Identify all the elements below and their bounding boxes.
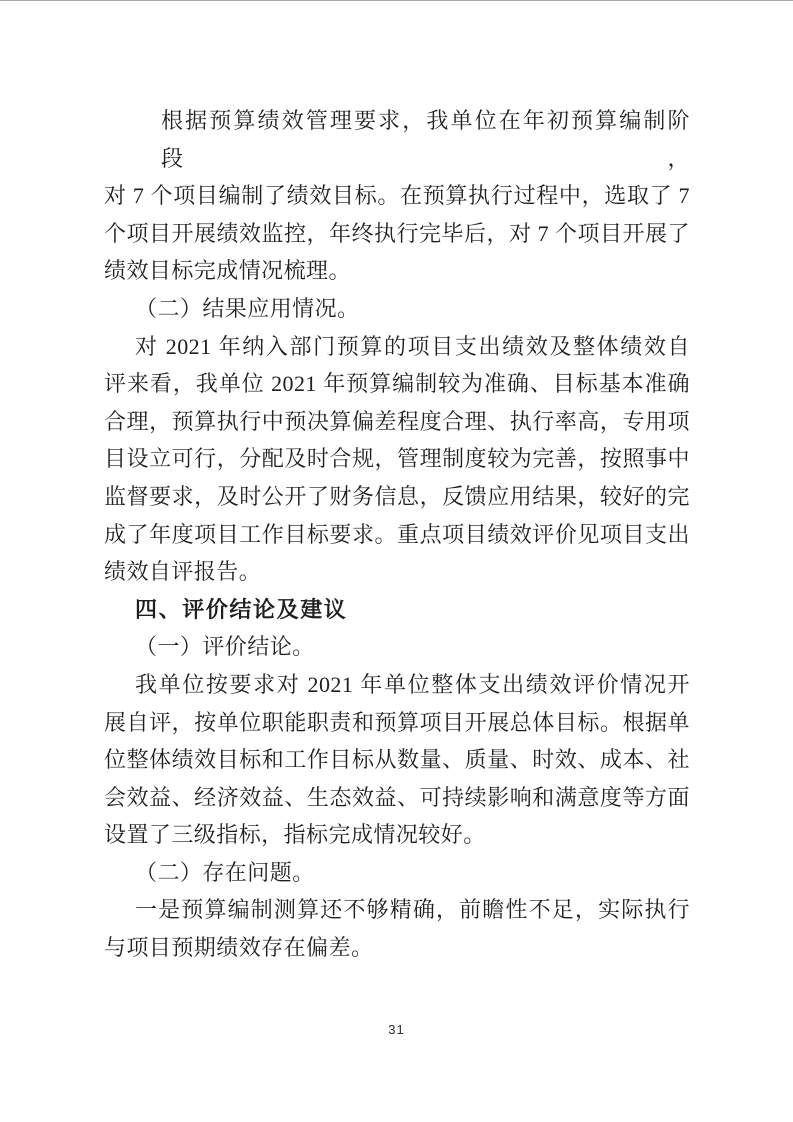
section-heading: 四、评价结论及建议 <box>104 591 690 629</box>
doc-line: 与项目预期绩效存在偏差。 <box>104 929 690 967</box>
doc-line: 一是预算编制测算还不够精确，前瞻性不足，实际执行 <box>104 891 690 929</box>
doc-line: 根据预算绩效管理要求，我单位在年初预算编制阶段， <box>104 102 690 177</box>
document-body: 根据预算绩效管理要求，我单位在年初预算编制阶段，对 7 个项目编制了绩效目标。在… <box>104 102 690 967</box>
doc-line: 我单位按要求对 2021 年单位整体支出绩效评价情况开 <box>104 666 690 704</box>
doc-line: 会效益、经济效益、生态效益、可持续影响和满意度等方面 <box>104 779 690 817</box>
doc-line: （二）存在问题。 <box>104 854 690 892</box>
page-number: 31 <box>0 1022 793 1037</box>
doc-line: （一）评价结论。 <box>104 628 690 666</box>
doc-line: 目设立可行，分配及时合规，管理制度较为完善，按照事中 <box>104 440 690 478</box>
doc-line: 成了年度项目工作目标要求。重点项目绩效评价见项目支出 <box>104 516 690 554</box>
doc-line: 绩效目标完成情况梳理。 <box>104 252 690 290</box>
doc-line: （二）结果应用情况。 <box>104 290 690 328</box>
document-page: 根据预算绩效管理要求，我单位在年初预算编制阶段，对 7 个项目编制了绩效目标。在… <box>0 0 793 1122</box>
page-top-rule <box>0 0 793 1</box>
doc-line: 位整体绩效目标和工作目标从数量、质量、时效、成本、社 <box>104 741 690 779</box>
doc-line: 对 7 个项目编制了绩效目标。在预算执行过程中，选取了 7 <box>104 177 690 215</box>
doc-line: 合理，预算执行中预决算偏差程度合理、执行率高，专用项 <box>104 403 690 441</box>
doc-line: 对 2021 年纳入部门预算的项目支出绩效及整体绩效自 <box>104 328 690 366</box>
doc-line: 绩效自评报告。 <box>104 553 690 591</box>
doc-line: 评来看，我单位 2021 年预算编制较为准确、目标基本准确 <box>104 365 690 403</box>
doc-line: 设置了三级指标，指标完成情况较好。 <box>104 816 690 854</box>
doc-line: 监督要求，及时公开了财务信息，反馈应用结果，较好的完 <box>104 478 690 516</box>
doc-line: 展自评，按单位职能职责和预算项目开展总体目标。根据单 <box>104 704 690 742</box>
doc-line: 个项目开展绩效监控，年终执行完毕后，对 7 个项目开展了 <box>104 215 690 253</box>
